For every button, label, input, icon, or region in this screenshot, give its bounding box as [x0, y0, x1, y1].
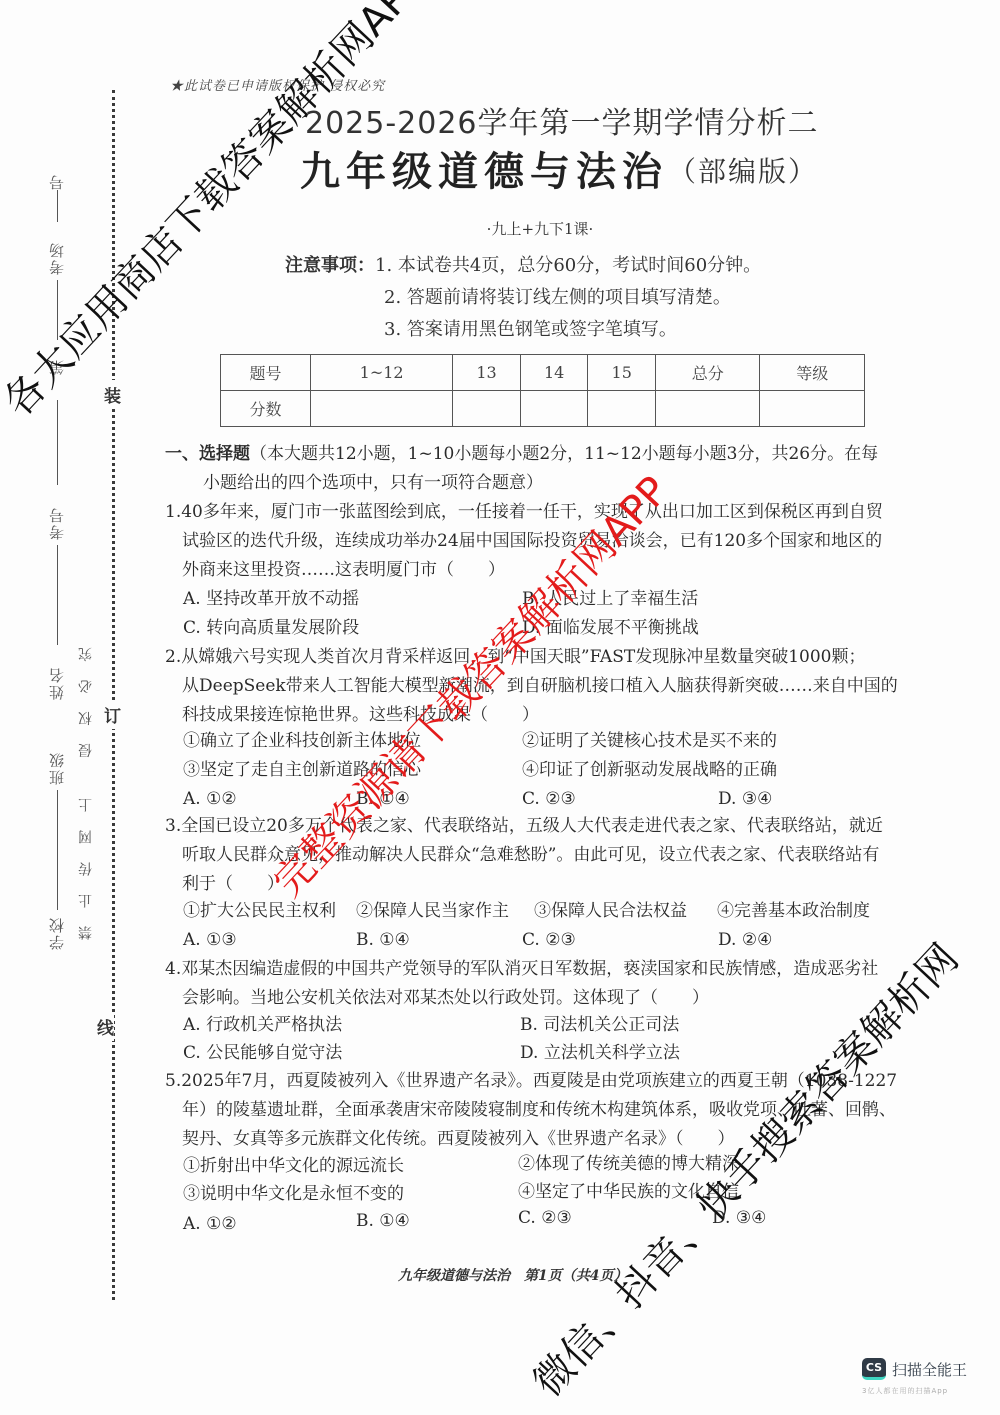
question-1: 1.40多年来，厦门市一张蓝图绘到底，一任接着一任干，实现了从出口加工区到保税区… [165, 498, 883, 585]
page-footer: 九年级道德与法治 第1页（共4页） [398, 1265, 627, 1285]
score-table-header-row: 题号 1~12 13 14 15 总分 等级 [221, 355, 865, 391]
question-number: 2. [165, 647, 181, 667]
question-number: 3. [165, 816, 181, 836]
school-blank[interactable] [57, 790, 58, 910]
table-header-cell: 14 [520, 355, 588, 391]
option-d[interactable]: D. ②④ [718, 926, 772, 955]
option-c[interactable]: C. ②③ [522, 926, 576, 955]
option-a[interactable]: A. ①② [183, 785, 237, 814]
section-title: 一、选择题 [165, 444, 250, 464]
section-instructions: （本大题共12小题，1~10小题每小题2分，11~12小题每小题3分，共26分。… [250, 444, 878, 464]
option-a[interactable]: A. ①② [183, 1210, 237, 1239]
option-b[interactable]: B. ①④ [356, 1207, 410, 1236]
option-a[interactable]: A. 坚持改革开放不动摇 [183, 585, 359, 614]
camscanner-logo-icon: CS [862, 1358, 886, 1380]
no-upload-warning: 禁止传网上 侵权必究 [76, 560, 96, 940]
option-d[interactable]: D. ③④ [718, 785, 772, 814]
scanner-badge: CS 扫描全能王 [862, 1358, 967, 1380]
table-row-label: 分数 [221, 391, 311, 427]
score-table-score-row: 分数 [221, 391, 865, 427]
question-4: 4.邓某杰因编造虚假的中国共产党领导的军队消灭日军数据，亵渎国家和民族情感，造成… [165, 955, 878, 1013]
exam-number-label: 考号 [46, 490, 67, 540]
statement-2: ②保障人民当家作主 [356, 897, 509, 926]
notice-item: 3. 答案请用黑色钢笔或签字笔填写。 [285, 314, 761, 346]
table-header-cell: 题号 [221, 355, 311, 391]
score-cell[interactable] [311, 391, 453, 427]
question-text: 40多年来，厦门市一张蓝图绘到底，一任接着一任干，实现了从出口加工区到保税区再到… [181, 502, 883, 522]
notice-item: 1. 本试卷共4页，总分60分，考试时间60分钟。 [375, 255, 761, 276]
table-header-cell: 13 [453, 355, 521, 391]
table-header-cell: 等级 [760, 355, 865, 391]
question-text: 外商来这里投资……这表明厦门市（ ） [165, 556, 883, 585]
question-text: 从DeepSeek带来人工智能大模型新潮流，到自研脑机接口植入人脑获得新突破……… [165, 672, 898, 701]
question-text: 试验区的迭代升级，连续成功举办24届中国国际投资贸易洽谈会，已有120多个国家和… [165, 527, 883, 556]
option-c[interactable]: C. 公民能够自觉守法 [183, 1039, 342, 1068]
statement-4: ④完善基本政治制度 [717, 897, 870, 926]
statement-3: ③保障人民合法权益 [534, 897, 687, 926]
statement-4: ④印证了创新驱动发展战略的正确 [522, 756, 777, 785]
exam-title: 2025-2026学年第一学期学情分析二 [305, 98, 819, 142]
question-text: 会影响。当地公安机关依法对邓某杰处以行政处罚。这体现了（ ） [165, 984, 878, 1013]
exam-number-blank[interactable] [57, 400, 58, 485]
notice-label: 注意事项： [285, 255, 375, 276]
section-instructions-cont: 小题给出的四个选项中，只有一项符合题意） [203, 469, 543, 498]
option-c[interactable]: C. 转向高质量发展阶段 [183, 614, 359, 643]
statement-1: ①折射出中华文化的源远流长 [183, 1152, 404, 1181]
table-header-cell: 15 [588, 355, 656, 391]
option-a[interactable]: A. ①③ [183, 926, 237, 955]
option-a[interactable]: A. 行政机关严格执法 [183, 1011, 342, 1040]
option-c[interactable]: C. ②③ [518, 1204, 572, 1233]
edition-label: （部编版） [668, 150, 818, 190]
option-d[interactable]: D. 立法机关科学立法 [520, 1039, 680, 1068]
question-text: 邓某杰因编造虚假的中国共产党领导的军队消灭日军数据，亵渎国家和民族情感，造成恶劣… [181, 959, 878, 979]
question-number: 1. [165, 502, 181, 522]
seal-mark-ding: 订 [104, 700, 121, 729]
score-cell[interactable] [588, 391, 656, 427]
scanner-tagline: 3亿人都在用的扫描App [862, 1386, 948, 1396]
name-blank[interactable] [57, 545, 58, 645]
section-heading: 一、选择题（本大题共12小题，1~10小题每小题2分，11~12小题每小题3分，… [165, 440, 878, 469]
score-cell[interactable] [655, 391, 759, 427]
table-header-cell: 1~12 [311, 355, 453, 391]
number-suffix-label: 号 [46, 170, 67, 190]
seal-mark-xian: 线 [97, 1012, 114, 1041]
question-number: 4. [165, 959, 181, 979]
notice-block: 注意事项：1. 本试卷共4页，总分60分，考试时间60分钟。 2. 答题前请将装… [285, 250, 761, 346]
option-b[interactable]: B. ①④ [356, 926, 410, 955]
notice-item: 2. 答题前请将装订线左侧的项目填写清楚。 [285, 282, 761, 314]
statement-1: ①扩大公民民主权利 [183, 897, 336, 926]
score-cell[interactable] [453, 391, 521, 427]
class-label: 班级 [46, 735, 67, 785]
option-c[interactable]: C. ②③ [522, 785, 576, 814]
score-cell[interactable] [520, 391, 588, 427]
scanner-app-name: 扫描全能王 [892, 1359, 967, 1380]
subject-title: 九年级道德与法治 [300, 140, 668, 197]
question-text: 全国已设立20多万个代表之家、代表联络站，五级人大代表走进代表之家、代表联络站，… [181, 816, 883, 836]
score-cell[interactable] [760, 391, 865, 427]
statement-2: ②证明了关键核心技术是买不来的 [522, 727, 777, 756]
seal-mark-zhuang: 装 [104, 380, 121, 409]
score-table: 题号 1~12 13 14 15 总分 等级 分数 [220, 354, 865, 427]
option-b[interactable]: B. 司法机关公正司法 [520, 1011, 679, 1040]
name-label: 姓名 [46, 650, 67, 700]
question-text: 科技成果接连惊艳世界。这些科技成果（ ） [165, 701, 898, 730]
table-header-cell: 总分 [655, 355, 759, 391]
statement-3: ③说明中华文化是永恒不变的 [183, 1180, 404, 1209]
question-number: 5. [165, 1071, 181, 1091]
